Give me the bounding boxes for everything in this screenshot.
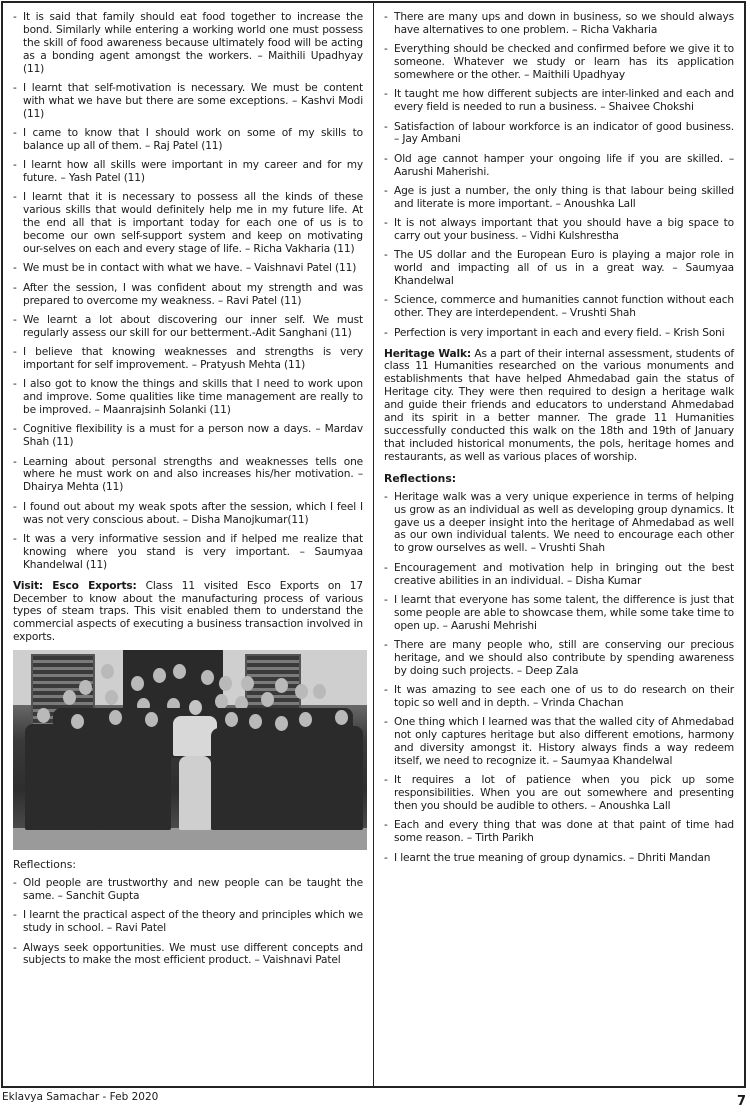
- quote-item: We learnt a lot about discovering our in…: [13, 314, 363, 340]
- quote-item: I found out about my weak spots after th…: [13, 501, 363, 527]
- right-quotes-list: There are many ups and down in business,…: [384, 11, 734, 340]
- group-photo: [13, 650, 367, 850]
- reflection-item: Always seek opportunities. We must use d…: [13, 942, 363, 968]
- quote-item: Old age cannot hamper your ongoing life …: [384, 153, 734, 179]
- right-column: There are many ups and down in business,…: [374, 3, 744, 1086]
- heritage-heading: Heritage Walk:: [384, 348, 471, 360]
- reflection-item: It requires a lot of patience when you p…: [384, 774, 734, 813]
- quote-item: We must be in contact with what we have.…: [13, 262, 363, 275]
- quote-item: I learnt that self-motivation is necessa…: [13, 82, 363, 121]
- reflection-item: One thing which I learned was that the w…: [384, 716, 734, 768]
- left-quotes-list: It is said that family should eat food t…: [13, 11, 363, 572]
- quote-item: Everything should be checked and confirm…: [384, 43, 734, 82]
- heritage-reflections-label: Reflections:: [384, 472, 734, 485]
- esco-reflections-list: Old people are trustworthy and new peopl…: [13, 877, 363, 967]
- heritage-body: As a part of their internal assessment, …: [384, 348, 734, 463]
- quote-item: I believe that knowing weaknesses and st…: [13, 346, 363, 372]
- reflection-item: Old people are trustworthy and new peopl…: [13, 877, 363, 903]
- quote-item: I came to know that I should work on som…: [13, 127, 363, 153]
- quote-item: Age is just a number, the only thing is …: [384, 185, 734, 211]
- heritage-reflections-list: Heritage walk was a very unique experien…: [384, 491, 734, 865]
- reflection-item: There are many people who, still are con…: [384, 639, 734, 678]
- quote-item: It is said that family should eat food t…: [13, 11, 363, 76]
- quote-item: Satisfaction of labour workforce is an i…: [384, 121, 734, 147]
- quote-item: Cognitive flexibility is a must for a pe…: [13, 423, 363, 449]
- photo-floor: [13, 828, 367, 850]
- reflection-item: I learnt that everyone has some talent, …: [384, 594, 734, 633]
- esco-reflections-label: Reflections:: [13, 858, 363, 871]
- visit-heading: Visit: Esco Exports:: [13, 580, 137, 592]
- quote-item: It is not always important that you shou…: [384, 217, 734, 243]
- reflection-item: Each and every thing that was done at th…: [384, 819, 734, 845]
- reflection-item: I learnt the true meaning of group dynam…: [384, 852, 734, 865]
- quote-item: After the session, I was confident about…: [13, 282, 363, 308]
- page-number: 7: [737, 1094, 746, 1109]
- heritage-walk-paragraph: Heritage Walk: As a part of their intern…: [384, 348, 734, 464]
- quote-item: I learnt how all skills were important i…: [13, 159, 363, 185]
- quote-item: It taught me how different subjects are …: [384, 88, 734, 114]
- quote-item: There are many ups and down in business,…: [384, 11, 734, 37]
- quote-item: I also got to know the things and skills…: [13, 378, 363, 417]
- quote-item: Learning about personal strengths and we…: [13, 456, 363, 495]
- visit-esco-exports-paragraph: Visit: Esco Exports: Class 11 visited Es…: [13, 580, 363, 645]
- quote-item: It was a very informative session and if…: [13, 533, 363, 572]
- reflection-item: It was amazing to see each one of us to …: [384, 684, 734, 710]
- publication-footer: Eklavya Samachar - Feb 2020: [2, 1091, 158, 1103]
- reflection-item: Heritage walk was a very unique experien…: [384, 491, 734, 556]
- quote-item: The US dollar and the European Euro is p…: [384, 249, 734, 288]
- quote-item: I learnt that it is necessary to possess…: [13, 191, 363, 256]
- page-frame: It is said that family should eat food t…: [1, 1, 746, 1088]
- reflection-item: I learnt the practical aspect of the the…: [13, 909, 363, 935]
- quote-item: Perfection is very important in each and…: [384, 327, 734, 340]
- left-column: It is said that family should eat food t…: [3, 3, 374, 1086]
- reflection-item: Encouragement and motivation help in bri…: [384, 562, 734, 588]
- quote-item: Science, commerce and humanities cannot …: [384, 294, 734, 320]
